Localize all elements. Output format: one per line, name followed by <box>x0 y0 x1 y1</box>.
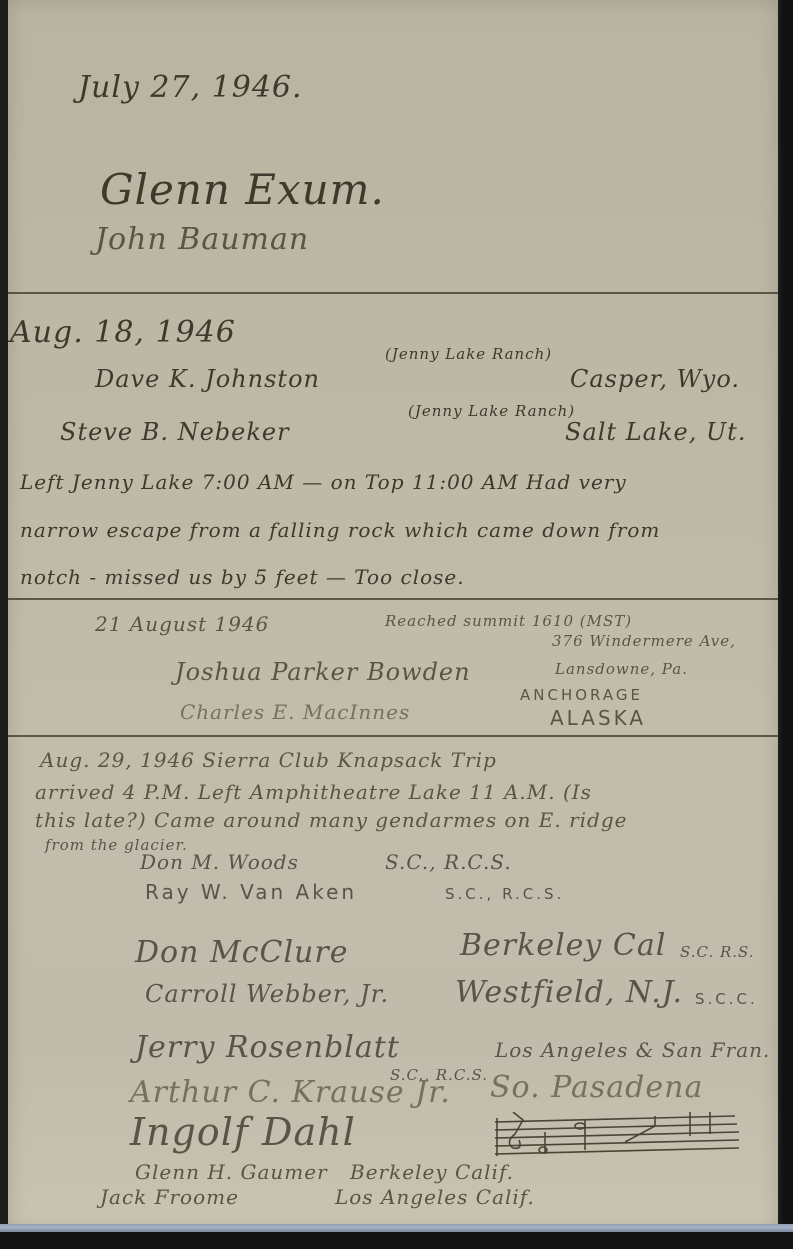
entry2-note-line1: Left Jenny Lake 7:00 AM — on Top 11:00 A… <box>20 470 627 494</box>
climber-name: Jerry Rosenblatt <box>135 1030 400 1065</box>
climber-name: Jack Froome <box>100 1185 239 1209</box>
climber-home: Westfield, N.J. <box>455 975 683 1010</box>
entry1-signature-2: John Bauman <box>95 222 309 257</box>
climber-name: Ingolf Dahl <box>130 1110 356 1154</box>
climber-name: Arthur C. Krause Jr. <box>130 1075 451 1110</box>
entry3-climber1-address-2: Lansdowne, Pa. <box>555 660 688 678</box>
divider <box>8 735 778 737</box>
entry2-climber2-home: Salt Lake, Ut. <box>565 418 746 446</box>
entry2-climber1-home: Casper, Wyo. <box>570 365 740 393</box>
divider <box>8 292 778 294</box>
climber-affiliation: S.C.C. <box>695 990 758 1008</box>
frame-bottom <box>0 1232 793 1249</box>
entry1-signature-1: Glenn Exum. <box>100 165 385 214</box>
frame-edge <box>781 0 793 1249</box>
climber-affiliation: S.C., R.C.S. <box>385 850 512 874</box>
entry2-note-line3: notch - missed us by 5 feet — Too close. <box>20 565 465 589</box>
entry2-date: Aug. 18, 1946 <box>10 315 236 350</box>
climber-name: Carroll Webber, Jr. <box>145 980 389 1008</box>
entry3-date: 21 August 1946 <box>95 612 269 636</box>
entry2-climber2-note: (Jenny Lake Ranch) <box>408 402 575 420</box>
entry2-climber2-name: Steve B. Nebeker <box>60 418 290 446</box>
musical-notation-icon <box>495 1112 740 1160</box>
entry2-note-line2: narrow escape from a falling rock which … <box>20 518 660 542</box>
climber-home: Los Angeles & San Fran. <box>495 1038 770 1062</box>
entry3-climber2-home-1: ANCHORAGE <box>520 686 643 704</box>
entry4-note-line3: this late?) Came around many gendarmes o… <box>35 808 628 832</box>
climber-affiliation: S.C., R.C.S. <box>445 885 564 903</box>
entry4-note-line2: arrived 4 P.M. Left Amphitheatre Lake 11… <box>35 780 592 804</box>
climber-home: So. Pasadena <box>490 1070 703 1105</box>
entry1-date: July 27, 1946. <box>78 70 303 105</box>
entry3-summit-note: Reached summit 1610 (MST) <box>385 612 632 630</box>
entry4-note-line1: Aug. 29, 1946 Sierra Club Knapsack Trip <box>40 748 497 772</box>
entry3-climber2-name: Charles E. MacInnes <box>180 700 410 724</box>
entry2-climber1-note: (Jenny Lake Ranch) <box>385 345 552 363</box>
climber-name: Ray W. Van Aken <box>145 880 357 904</box>
entry3-climber2-home-2: ALASKA <box>550 706 646 730</box>
climber-name: Glenn H. Gaumer <box>135 1160 328 1184</box>
climber-name: Don M. Woods <box>140 850 299 874</box>
climber-home: Los Angeles Calif. <box>335 1185 535 1209</box>
climber-affiliation: S.C. R.S. <box>680 943 755 961</box>
entry3-climber1-name: Joshua Parker Bowden <box>175 658 471 686</box>
entry3-climber1-address-1: 376 Windermere Ave, <box>552 632 736 650</box>
divider <box>8 598 778 600</box>
climber-home: Berkeley Calif. <box>350 1160 514 1184</box>
climber-name: Don McClure <box>135 935 348 970</box>
entry2-climber1-name: Dave K. Johnston <box>95 365 320 393</box>
climber-home: Berkeley Cal <box>460 928 666 963</box>
frame-mat <box>0 1224 793 1232</box>
